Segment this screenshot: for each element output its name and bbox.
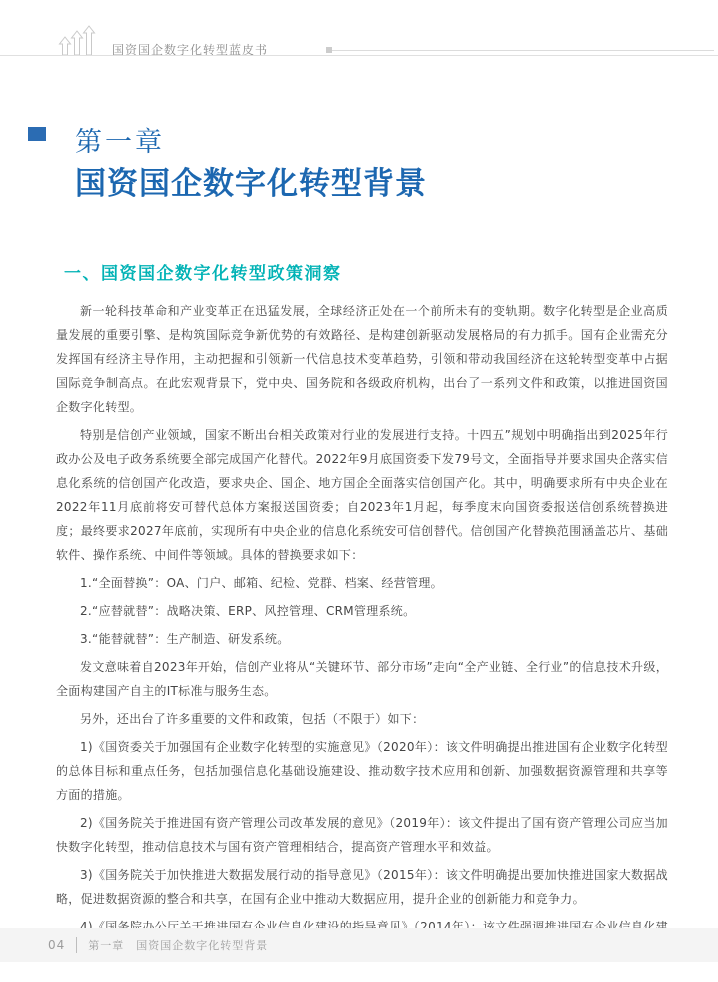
footer-divider: [76, 937, 77, 953]
body-paragraph: 另外，还出台了许多重要的文件和政策，包括（不限于）如下：: [56, 707, 668, 731]
page-footer: 04 第一章 国资国企数字化转型背景: [0, 928, 718, 962]
body-paragraph: 2.“应替就替”：战略决策、ERP、风控管理、CRM管理系统。: [56, 599, 668, 623]
header-divider: [0, 55, 718, 56]
header-deco-line: [332, 50, 714, 51]
body-paragraph: 2)《国务院关于推进国有资产管理公司改革发展的意见》（2019年）：该文件提出了…: [56, 811, 668, 859]
body-paragraph: 3)《国务院关于加快推进大数据发展行动的指导意见》（2015年）：该文件明确提出…: [56, 863, 668, 911]
document-page: 国资国企数字化转型蓝皮书 第一章 国资国企数字化转型背景 一、国资国企数字化转型…: [0, 0, 718, 982]
body-text: 新一轮科技革命和产业变革正在迅猛发展，全球经济正处在一个前所未有的变轨期。数字化…: [56, 299, 668, 967]
body-paragraph: 1.“全面替换”：OA、门户、邮箱、纪检、党群、档案、经营管理。: [56, 571, 668, 595]
body-paragraph: 特别是信创产业领域，国家不断出台相关政策对行业的发展进行支持。十四五”规划中明确…: [56, 423, 668, 567]
chapter-number: 第一章: [75, 120, 165, 159]
chapter-accent-square: [28, 127, 46, 141]
page-number: 04: [48, 938, 65, 952]
rising-arrows-icon: [56, 24, 96, 56]
body-paragraph: 1)《国资委关于加强国有企业数字化转型的实施意见》（2020年）：该文件明确提出…: [56, 735, 668, 807]
section-heading: 一、国资国企数字化转型政策洞察: [64, 259, 342, 284]
body-paragraph: 发文意味着自2023年开始，信创产业将从“关键环节、部分市场”走向“全产业链、全…: [56, 655, 668, 703]
footer-chapter-label: 第一章 国资国企数字化转型背景: [88, 937, 268, 953]
chapter-title: 国资国企数字化转型背景: [75, 158, 427, 203]
body-paragraph: 3.“能替就替”：生产制造、研发系统。: [56, 627, 668, 651]
body-paragraph: 新一轮科技革命和产业变革正在迅猛发展，全球经济正处在一个前所未有的变轨期。数字化…: [56, 299, 668, 419]
